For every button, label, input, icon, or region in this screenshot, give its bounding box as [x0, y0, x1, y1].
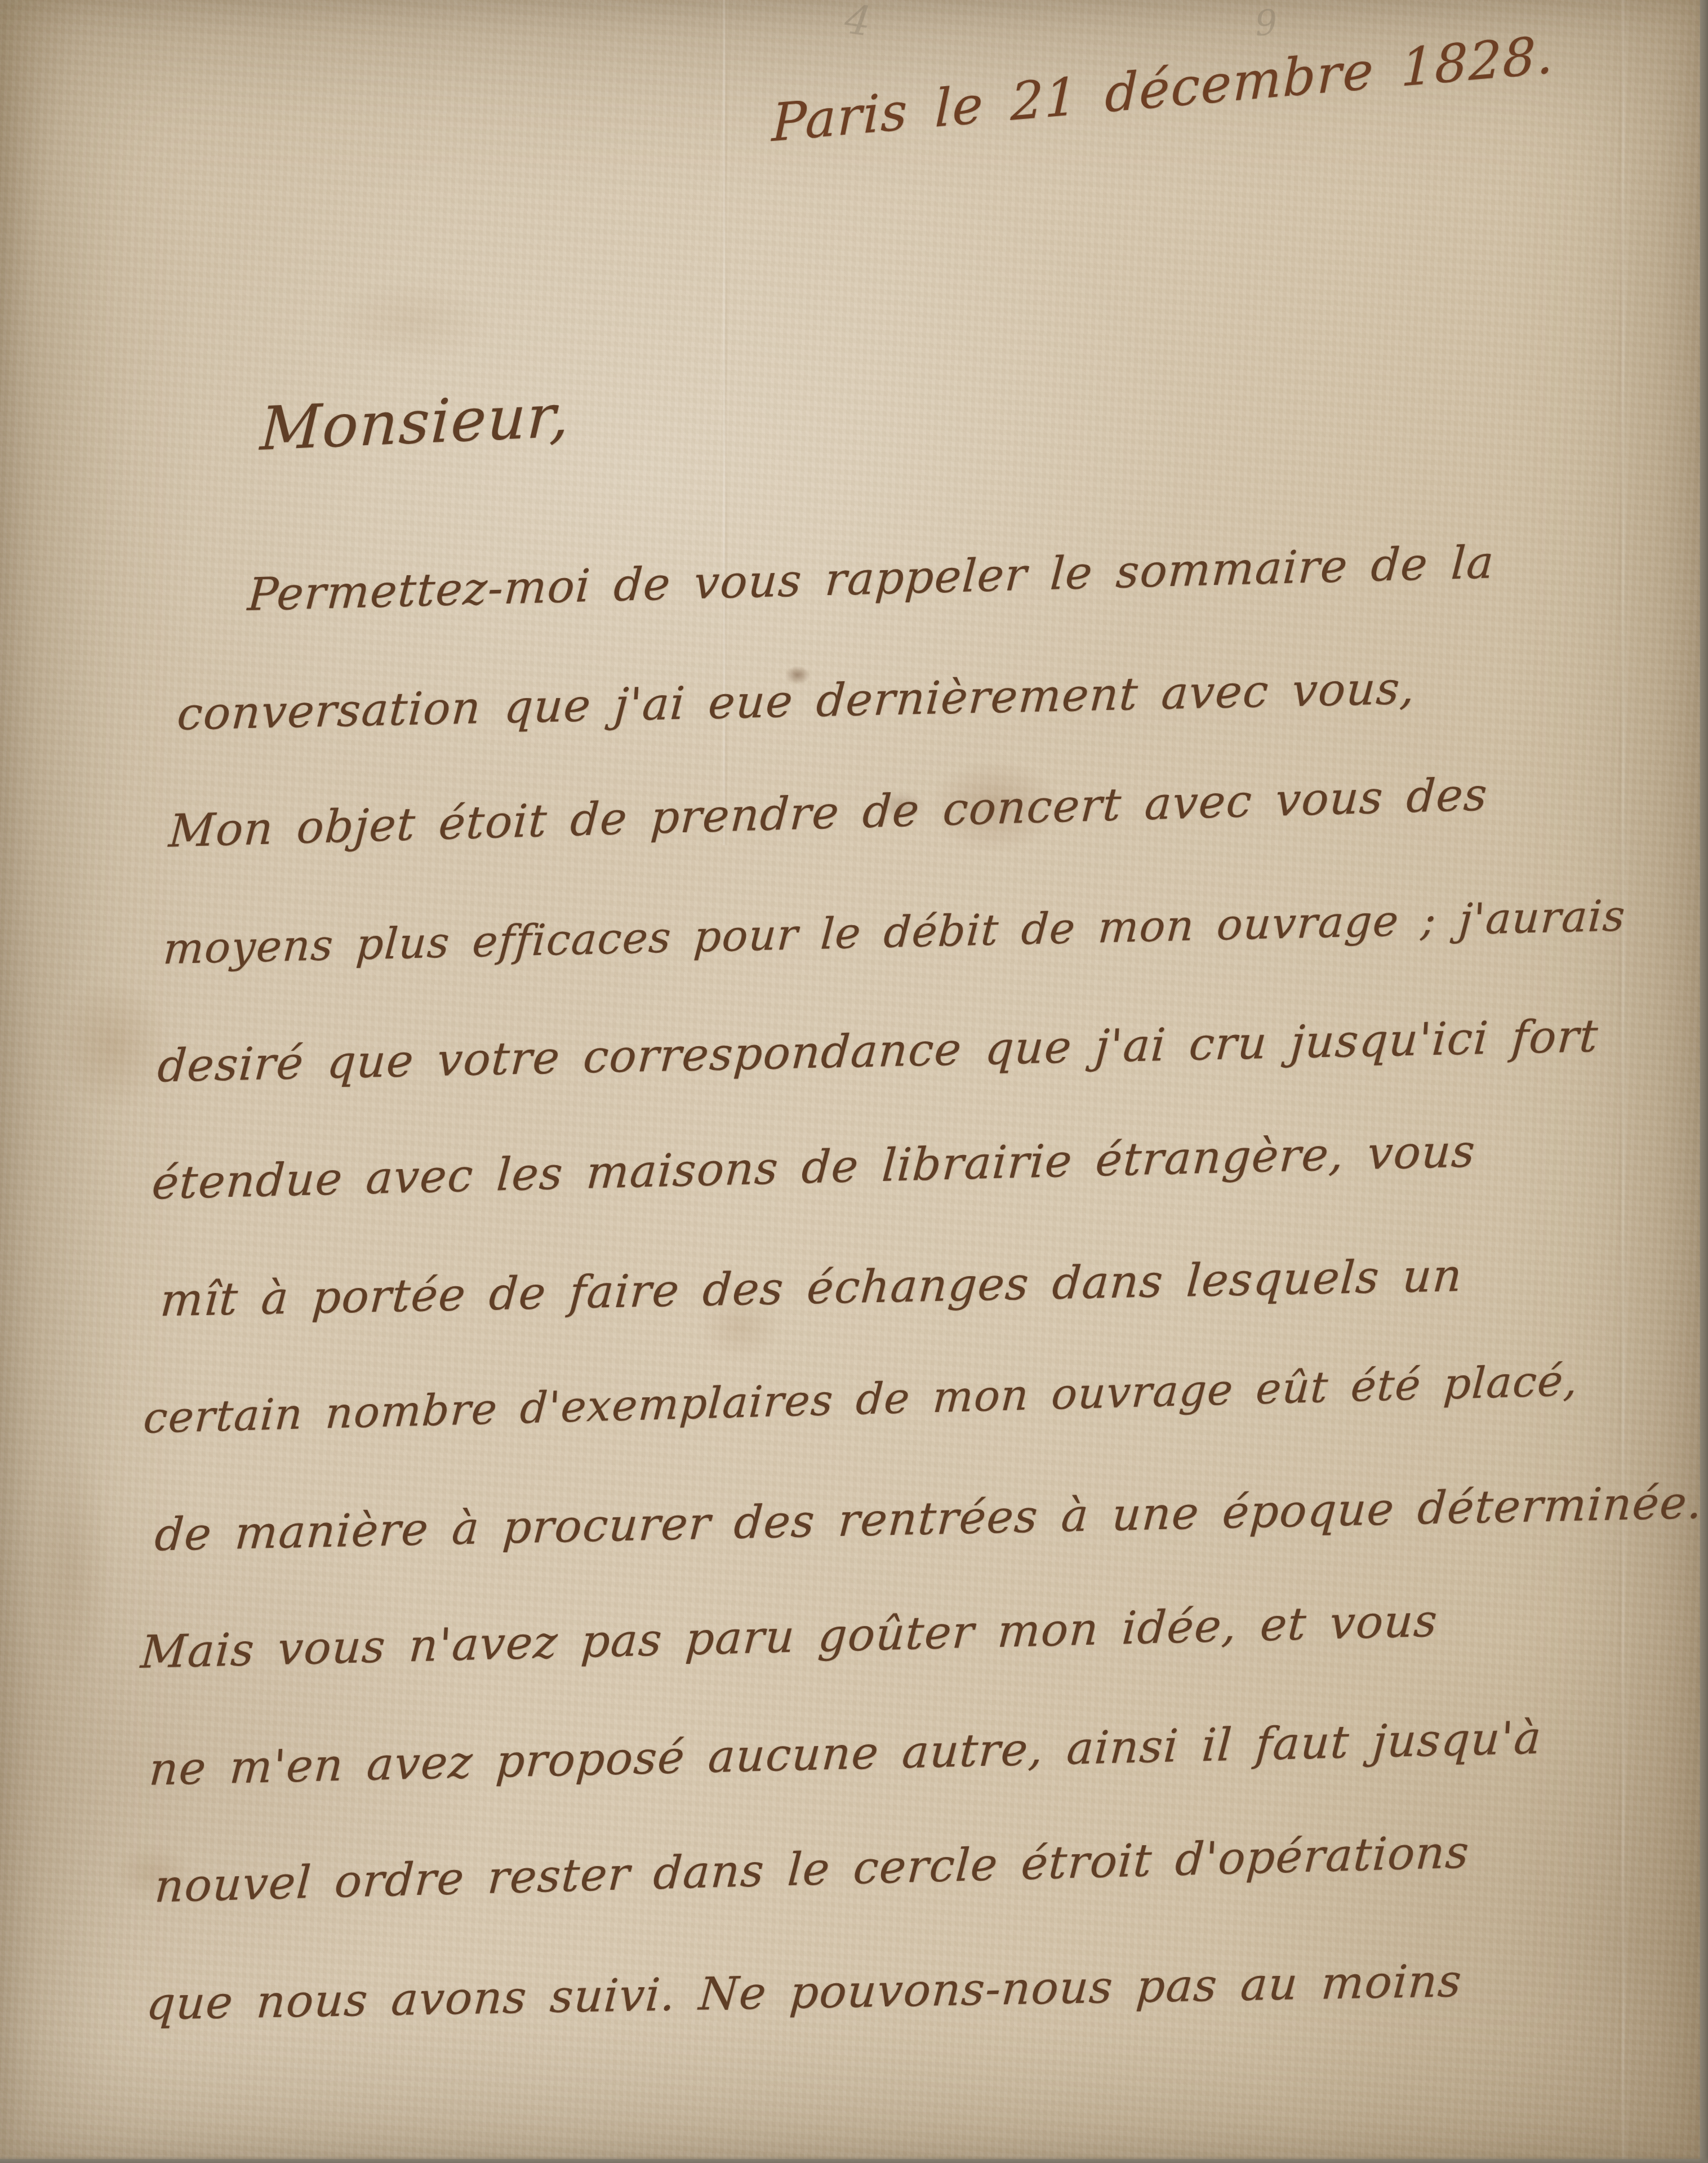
letter-body: Permettez-moi de vous rappeler le sommai… [141, 539, 1651, 2062]
letter-page: 4 9 Paris le 21 décembre 1828. Monsieur,… [0, 0, 1700, 2159]
letter-line: que nous avons suivi. Ne pouvons-nous pa… [137, 1918, 1654, 2062]
paper-stain [293, 259, 530, 383]
ink-blot [781, 663, 815, 687]
scan-edge [0, 2156, 1708, 2163]
scan-edge [1699, 0, 1708, 2163]
faint-pencil-mark: 9 [1254, 2, 1279, 45]
ink-blot [870, 786, 932, 825]
dateline: Paris le 21 décembre 1828. [771, 24, 1555, 153]
salutation: Monsieur, [259, 381, 572, 464]
paper-stain [23, 1397, 124, 1735]
faint-pencil-mark: 4 [842, 0, 874, 46]
